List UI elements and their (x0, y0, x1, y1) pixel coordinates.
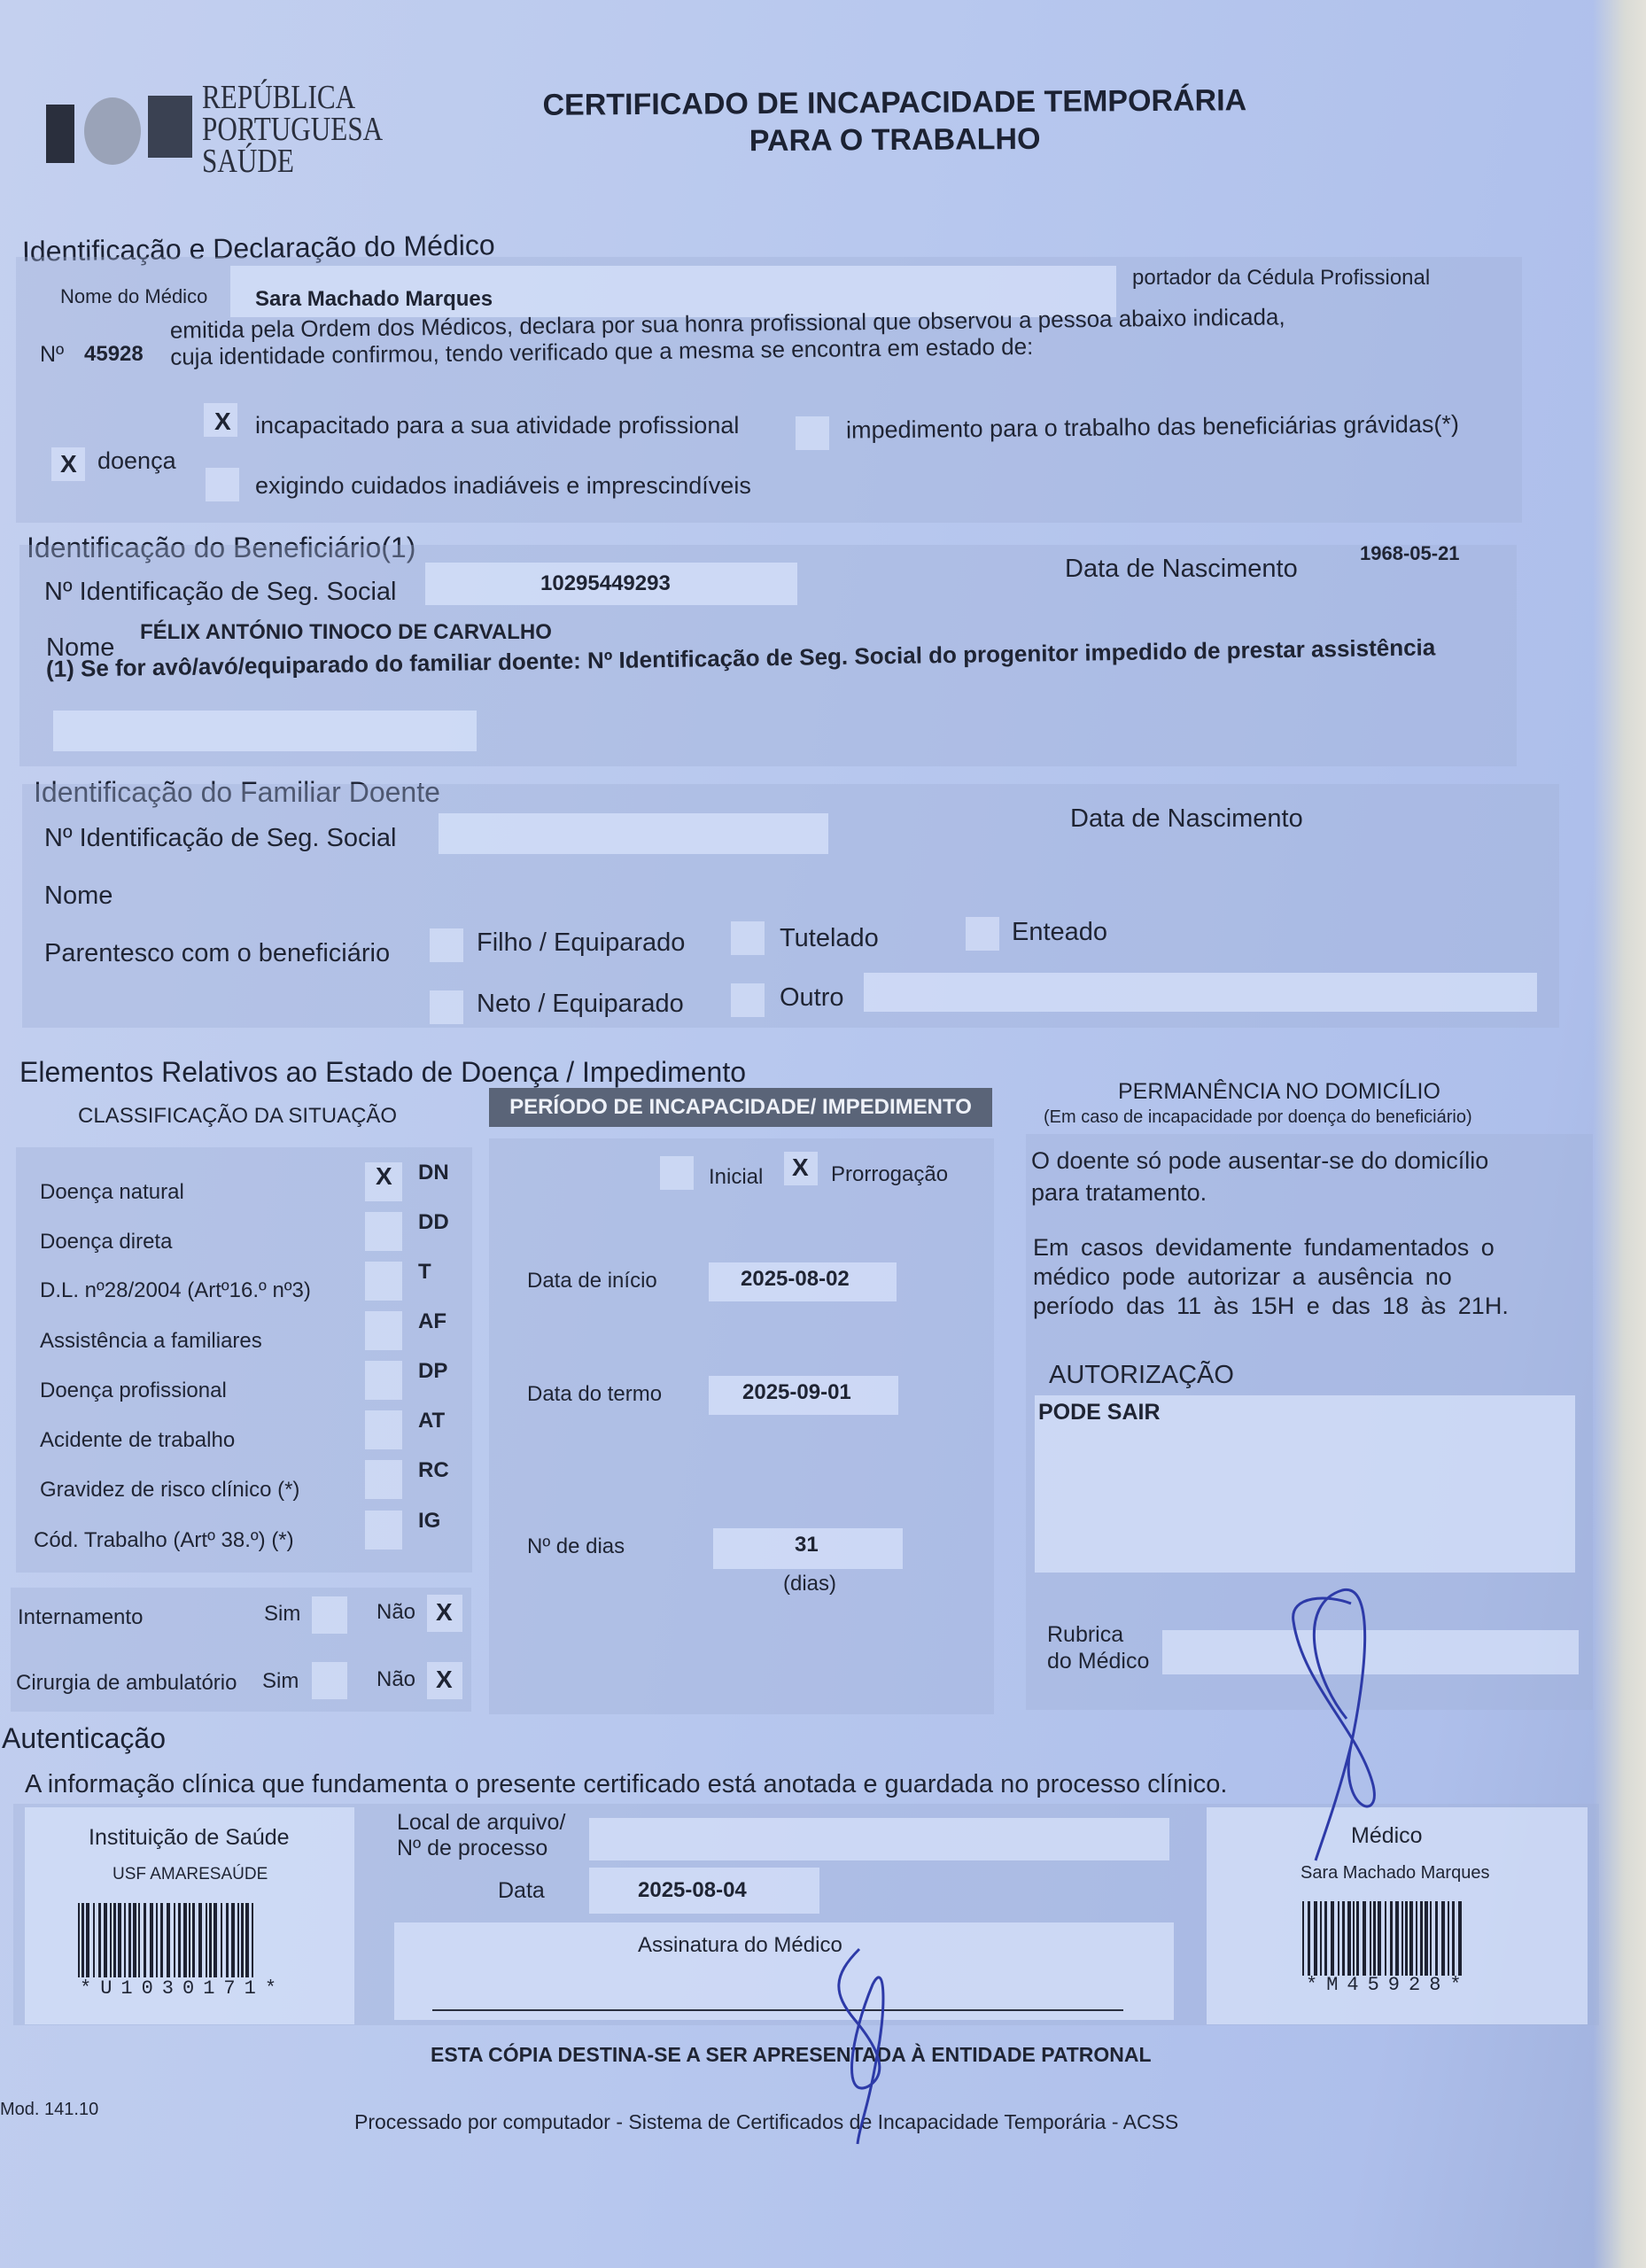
outro-label: Outro (780, 983, 844, 1013)
parentesco-label: Parentesco com o beneficiário (44, 939, 390, 968)
classificacao-checkbox[interactable] (365, 1212, 402, 1251)
prorrogacao-mark: X (792, 1153, 809, 1182)
rubrica-label: Rubrica do Médico (1047, 1621, 1149, 1674)
filho-checkbox[interactable] (430, 928, 463, 962)
cirurgia-sim-label: Sim (262, 1669, 299, 1694)
familiar-nome-label: Nome (44, 882, 113, 911)
progenitor-niss-field[interactable] (53, 711, 477, 751)
classificacao-checkbox[interactable] (365, 1361, 402, 1400)
classificacao-code: DD (418, 1210, 449, 1235)
classificacao-code: AT (418, 1409, 445, 1433)
permanencia-text-2-line-2: médico pode autorizar a ausência no (1033, 1262, 1509, 1292)
dias-value: 31 (795, 1533, 819, 1557)
inicial-label: Inicial (709, 1165, 763, 1190)
classificacao-label: Gravidez de risco clínico (*) (40, 1478, 299, 1503)
internamento-nao-mark: X (436, 1598, 453, 1627)
classificacao-label: Doença direta (40, 1230, 172, 1254)
rubrica-line-1: Rubrica (1047, 1621, 1149, 1648)
data-termo-label: Data do termo (527, 1382, 662, 1407)
copia-notice: ESTA CÓPIA DESTINA-SE A SER APRESENTADA … (431, 2043, 1152, 2067)
classificacao-label: Doença profissional (40, 1379, 227, 1403)
neto-label: Neto / Equiparado (477, 990, 684, 1019)
beneficiario-nome: FÉLIX ANTÓNIO TINOCO DE CARVALHO (140, 620, 552, 645)
exigindo-checkbox[interactable] (206, 468, 239, 501)
arquivo-field[interactable] (589, 1818, 1169, 1860)
classificacao-checkbox[interactable] (365, 1311, 402, 1350)
outro-checkbox[interactable] (731, 983, 765, 1017)
title-line-2: PARA O TRABALHO (496, 119, 1293, 161)
classificacao-code: AF (418, 1309, 446, 1334)
classificacao-title: CLASSIFICAÇÃO DA SITUAÇÃO (78, 1104, 397, 1129)
classificacao-checkbox[interactable] (365, 1262, 402, 1301)
instituicao-nome: USF AMARESAÚDE (113, 1865, 268, 1884)
section-title-autenticacao: Autenticação (2, 1722, 166, 1755)
title-line-1: CERTIFICADO DE INCAPACIDADE TEMPORÁRIA (496, 82, 1293, 124)
familiar-niss-field[interactable] (439, 813, 828, 854)
tutelado-label: Tutelado (780, 924, 879, 953)
dias-label: Nº de dias (527, 1534, 625, 1559)
autorizacao-label: AUTORIZAÇÃO (1049, 1361, 1234, 1390)
outro-field[interactable] (864, 973, 1537, 1012)
medico-barcode-icon (1302, 1901, 1465, 1976)
beneficiario-niss: 10295449293 (540, 571, 671, 596)
section-title-elementos: Elementos Relativos ao Estado de Doença … (19, 1056, 746, 1089)
cirurgia-label: Cirurgia de ambulatório (16, 1671, 237, 1696)
logo-square-icon (148, 96, 192, 158)
classificacao-panel (16, 1147, 472, 1573)
medico-nome-label: Nome do Médico (60, 285, 207, 308)
assinatura-line (432, 2009, 1123, 2011)
beneficiario-niss-label: Nº Identificação de Seg. Social (44, 578, 397, 607)
internamento-nao-label: Não (377, 1600, 415, 1625)
internamento-label: Internamento (18, 1605, 143, 1630)
permanencia-subtitle: (Em caso de incapacidade por doença do b… (1044, 1107, 1472, 1128)
classificacao-code: T (418, 1260, 431, 1285)
dias-unit: (dias) (783, 1572, 836, 1596)
logo-circle-icon (84, 97, 141, 165)
enteado-checkbox[interactable] (966, 917, 999, 951)
doenca-label: doença (97, 447, 176, 475)
classificacao-code: IG (418, 1509, 440, 1534)
beneficiario-nascimento-label: Data de Nascimento (1065, 555, 1298, 584)
internamento-sim-label: Sim (264, 1602, 300, 1627)
rubrica-signature-icon (1276, 1577, 1409, 1860)
permanencia-text-1-line-2: para tratamento. (1031, 1177, 1488, 1208)
autenticacao-info: A informação clínica que fundamenta o pr… (25, 1770, 1227, 1799)
logo-bar-icon (46, 105, 74, 163)
processado-label: Processado por computador - Sistema de C… (354, 2110, 1178, 2134)
arquivo-label-line-2: Nº de processo (397, 1836, 565, 1861)
classificacao-mark: X (376, 1162, 392, 1191)
instituicao-barcode-text: *U1030171* (80, 1977, 285, 2000)
autorizacao-value: PODE SAIR (1038, 1400, 1161, 1425)
data-inicio: 2025-08-02 (741, 1267, 850, 1292)
neto-checkbox[interactable] (430, 990, 463, 1024)
logo-text: REPÚBLICA PORTUGUESA SAÚDE (202, 82, 383, 177)
periodo-header: PERÍODO DE INCAPACIDADE/ IMPEDIMENTO (489, 1088, 992, 1127)
medico-barcode-text: *M45928* (1306, 1974, 1471, 1996)
assinatura-label: Assinatura do Médico (638, 1933, 842, 1958)
classificacao-checkbox[interactable] (365, 1410, 402, 1449)
periodo-panel (489, 1138, 994, 1714)
page-edge (1593, 0, 1646, 2268)
inicial-checkbox[interactable] (660, 1156, 694, 1190)
incapacitado-mark: X (214, 408, 231, 436)
filho-label: Filho / Equiparado (477, 928, 685, 958)
familiar-niss-label: Nº Identificação de Seg. Social (44, 824, 397, 853)
numero-label: Nº (40, 342, 64, 368)
cedula-label: portador da Cédula Profissional (1132, 266, 1430, 291)
classificacao-label: Doença natural (40, 1180, 184, 1205)
beneficiario-nascimento: 1968-05-21 (1360, 542, 1460, 565)
medico-nome: Sara Machado Marques (255, 287, 493, 312)
classificacao-code: DN (418, 1161, 449, 1185)
cirurgia-nao-label: Não (377, 1667, 415, 1692)
classificacao-label: Acidente de trabalho (40, 1428, 235, 1453)
cedula-numero: 45928 (84, 342, 144, 367)
cirurgia-nao-mark: X (436, 1666, 453, 1694)
data-label: Data (498, 1878, 545, 1904)
data-termo: 2025-09-01 (742, 1380, 851, 1405)
permanencia-title: PERMANÊNCIA NO DOMICÍLIO (1118, 1079, 1440, 1105)
medico-nome-auth: Sara Machado Marques (1300, 1863, 1489, 1884)
classificacao-code: DP (418, 1359, 447, 1384)
data-value: 2025-08-04 (638, 1878, 747, 1903)
permanencia-text-2-line-1: Em casos devidamente fundamentados o (1033, 1233, 1509, 1262)
data-inicio-label: Data de início (527, 1269, 657, 1293)
instituicao-barcode-icon (78, 1903, 256, 1977)
logo-line-1: REPÚBLICA (202, 82, 383, 113)
permanencia-text-2-line-3: período das 11 às 15H e das 18 às 21H. (1033, 1292, 1509, 1321)
classificacao-label: Cód. Trabalho (Artº 38.º) (*) (34, 1528, 294, 1553)
classificacao-checkbox[interactable] (365, 1460, 402, 1499)
incapacitado-label: incapacitado para a sua atividade profis… (255, 412, 739, 439)
classificacao-code: RC (418, 1458, 449, 1483)
familiar-nascimento-label: Data de Nascimento (1070, 804, 1303, 834)
classificacao-label: D.L. nº28/2004 (Artº16.º nº3) (40, 1278, 311, 1303)
logo-line-3: SAÚDE (202, 145, 383, 177)
rubrica-line-2: do Médico (1047, 1648, 1149, 1674)
document-title: CERTIFICADO DE INCAPACIDADE TEMPORÁRIA P… (496, 82, 1294, 161)
permanencia-text-2: Em casos devidamente fundamentados o méd… (1033, 1233, 1509, 1321)
cirurgia-sim-checkbox[interactable] (312, 1662, 347, 1699)
doenca-mark: X (60, 450, 77, 478)
instituicao-label: Instituição de Saúde (89, 1825, 290, 1851)
internamento-sim-checkbox[interactable] (312, 1596, 347, 1634)
prorrogacao-label: Prorrogação (831, 1162, 948, 1187)
impedimento-checkbox[interactable] (796, 416, 829, 450)
permanencia-text-1: O doente só pode ausentar-se do domicíli… (1031, 1145, 1488, 1208)
logo-line-2: PORTUGUESA (202, 113, 383, 145)
arquivo-label-line-1: Local de arquivo/ (397, 1810, 565, 1836)
modelo-label: Mod. 141.10 (0, 2100, 98, 2120)
assinatura-signature-icon (815, 1931, 921, 2144)
arquivo-label: Local de arquivo/ Nº de processo (397, 1810, 565, 1861)
tutelado-checkbox[interactable] (731, 921, 765, 955)
permanencia-text-1-line-1: O doente só pode ausentar-se do domicíli… (1031, 1145, 1488, 1177)
enteado-label: Enteado (1012, 918, 1107, 947)
classificacao-label: Assistência a familiares (40, 1329, 262, 1354)
classificacao-checkbox[interactable] (365, 1511, 402, 1550)
exigindo-label: exigindo cuidados inadiáveis e imprescin… (255, 472, 751, 500)
